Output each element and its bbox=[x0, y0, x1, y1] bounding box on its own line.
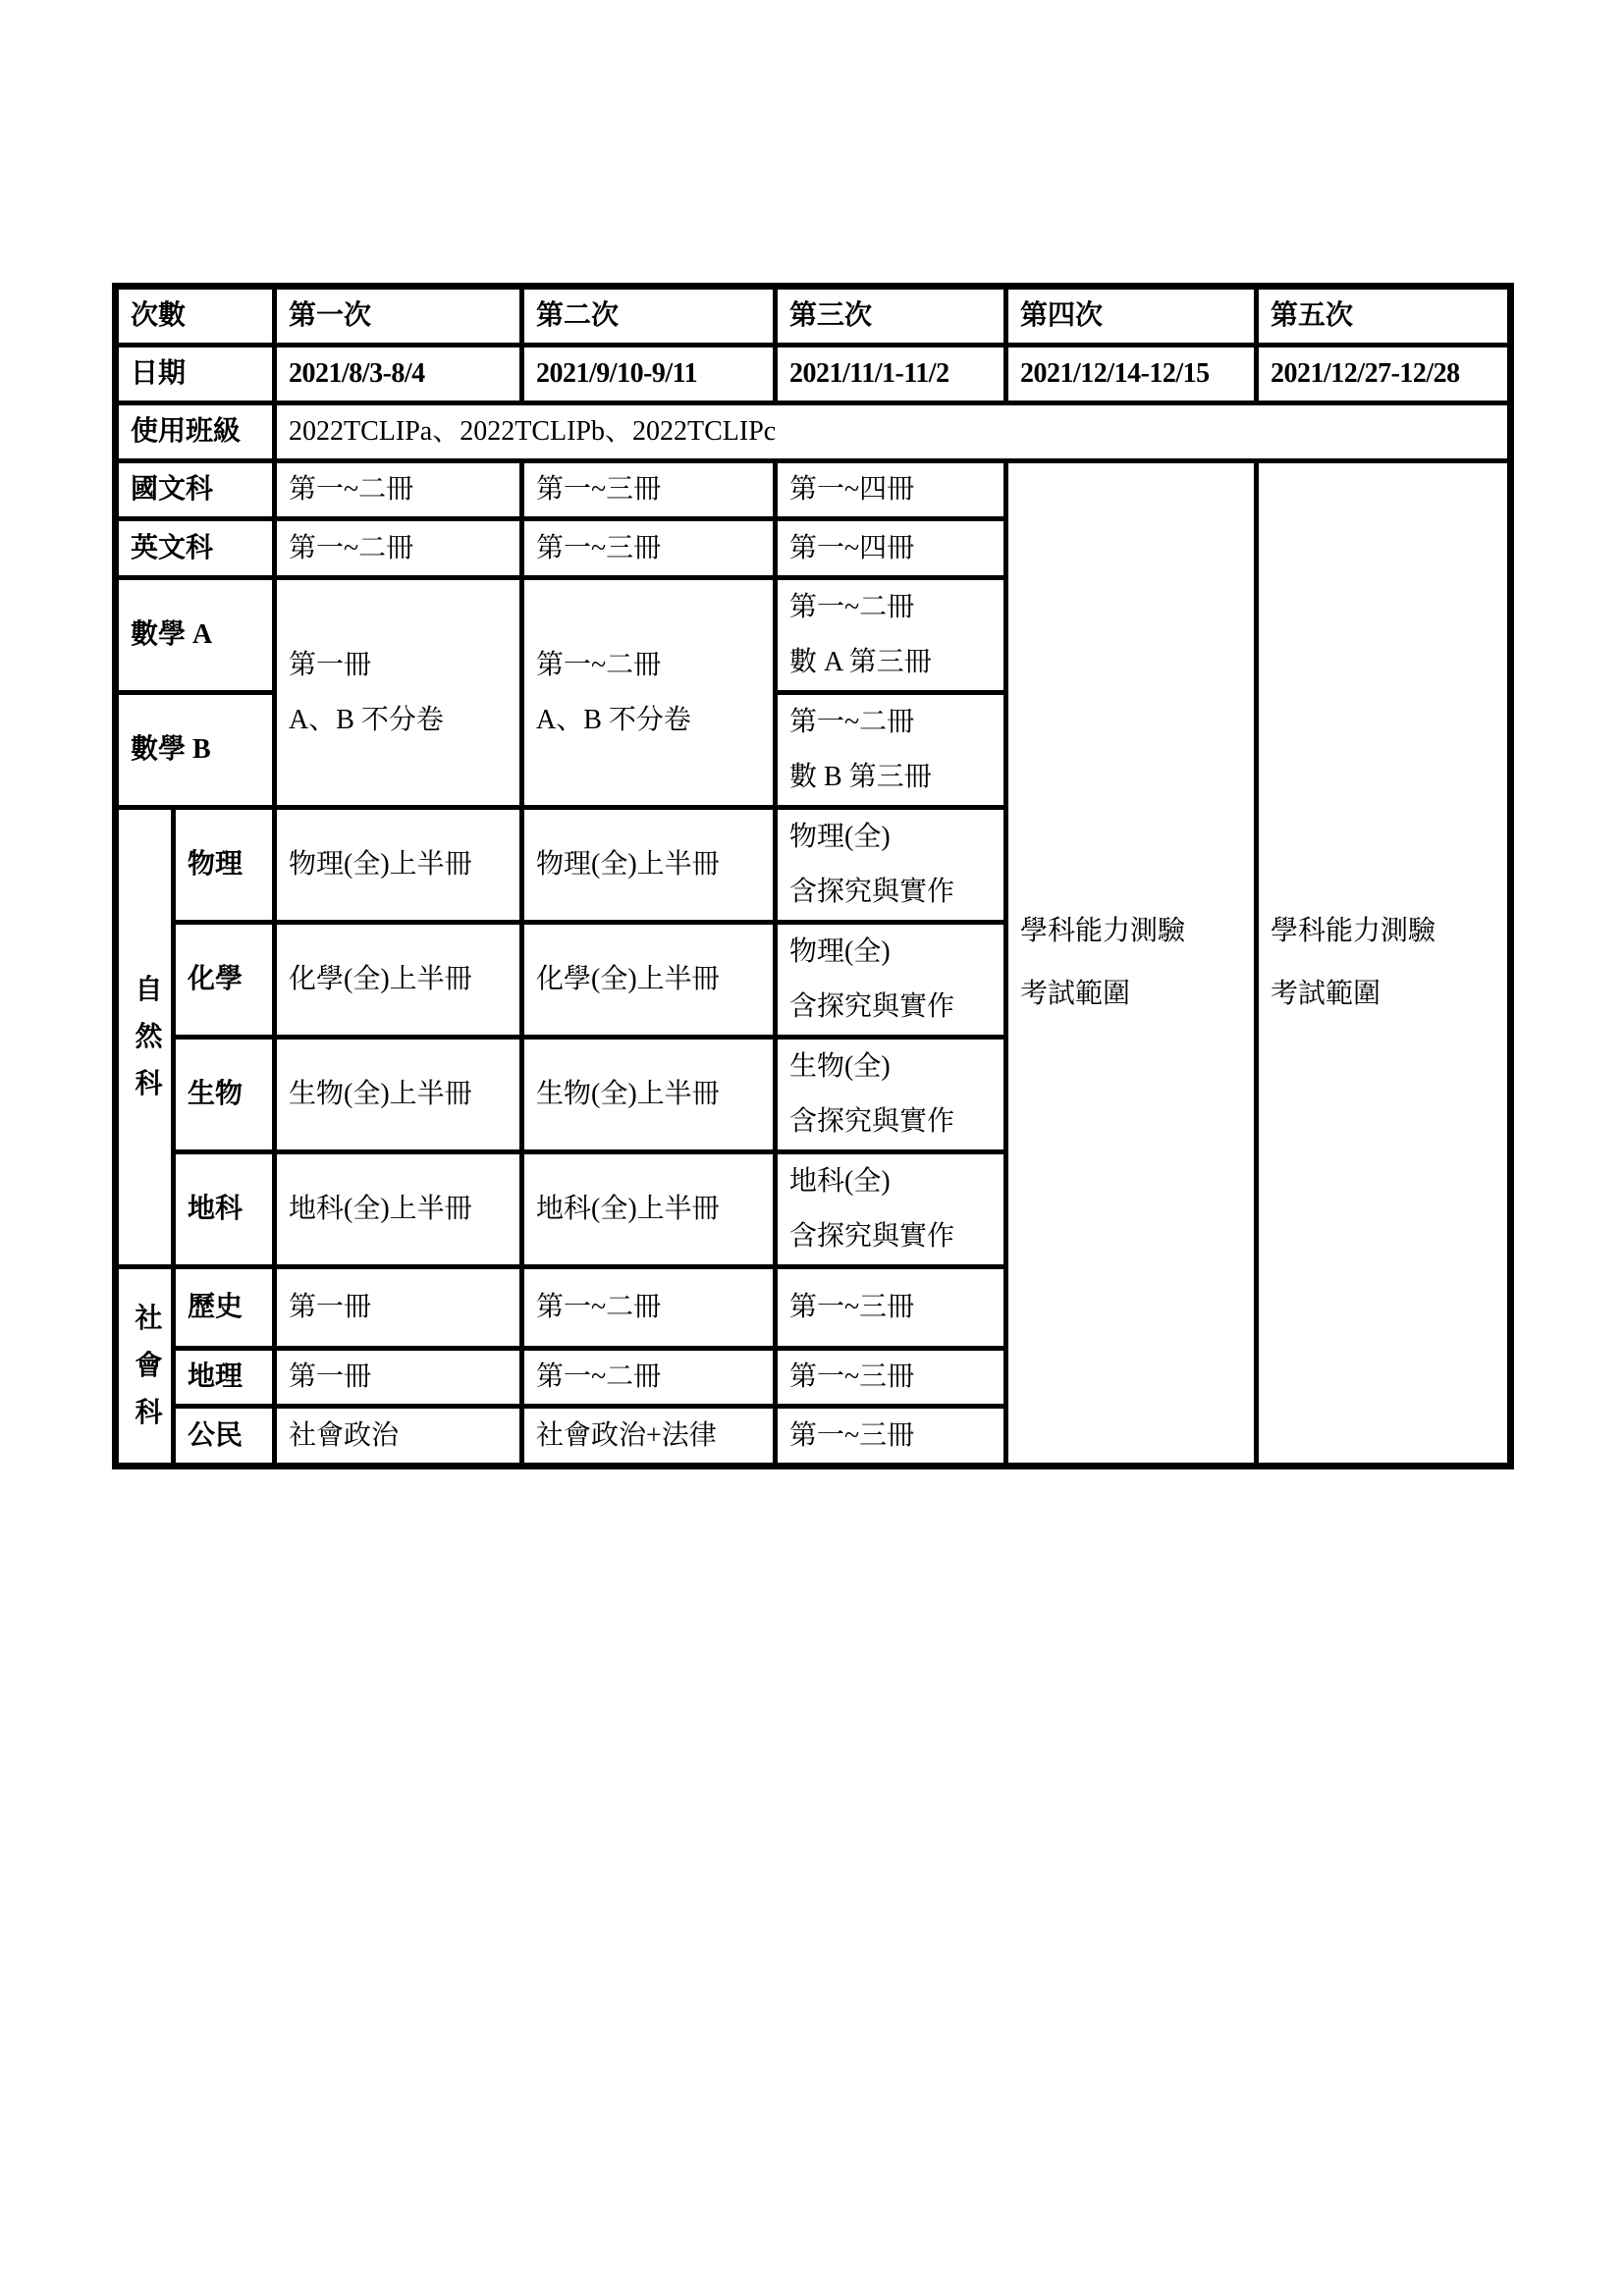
chinese-session-1: 第一~二冊 bbox=[275, 461, 522, 519]
math-a-session-3: 第一~二冊 數 A 第三冊 bbox=[776, 578, 1006, 693]
sat-note-line1: 學科能力測驗 bbox=[1271, 900, 1503, 963]
english-session-2: 第一~三冊 bbox=[522, 519, 776, 578]
session-1-header: 第一次 bbox=[275, 287, 522, 346]
math-b-s3-line1: 第一~二冊 bbox=[789, 695, 1000, 750]
classes-label: 使用班級 bbox=[116, 403, 275, 461]
chemistry-session-2: 化學(全)上半冊 bbox=[522, 923, 776, 1038]
exam-schedule-table: 次數 第一次 第二次 第三次 第四次 第五次 日期 2021/8/3-8/4 2… bbox=[112, 283, 1514, 1469]
corner-label: 次數 bbox=[116, 287, 275, 346]
science-vertical-label: 自 然 科 bbox=[131, 976, 167, 1099]
date-session-5: 2021/12/27-12/28 bbox=[1257, 346, 1511, 403]
earth-science-label: 地科 bbox=[174, 1152, 275, 1267]
history-label: 歷史 bbox=[174, 1267, 275, 1349]
social-char-2: 會 bbox=[135, 1352, 162, 1381]
chemistry-s3-line1: 物理(全) bbox=[789, 925, 1000, 980]
civics-session-3: 第一~三冊 bbox=[776, 1407, 1006, 1467]
physics-s3-line2: 含探究與實作 bbox=[789, 865, 1000, 920]
geography-session-1: 第一冊 bbox=[275, 1349, 522, 1407]
social-char-3: 科 bbox=[135, 1399, 162, 1428]
math-a-s3-line1: 第一~二冊 bbox=[789, 580, 1000, 635]
biology-session-3: 生物(全) 含探究與實作 bbox=[776, 1038, 1006, 1152]
date-label: 日期 bbox=[116, 346, 275, 403]
date-session-2: 2021/9/10-9/11 bbox=[522, 346, 776, 403]
biology-session-1: 生物(全)上半冊 bbox=[275, 1038, 522, 1152]
civics-session-1: 社會政治 bbox=[275, 1407, 522, 1467]
session-2-header: 第二次 bbox=[522, 287, 776, 346]
math-a-s3-line2: 數 A 第三冊 bbox=[789, 635, 1000, 690]
classes-row: 使用班級 2022TCLIPa、2022TCLIPb、2022TCLIPc bbox=[116, 403, 1511, 461]
history-session-2: 第一~二冊 bbox=[522, 1267, 776, 1349]
biology-label: 生物 bbox=[174, 1038, 275, 1152]
classes-value: 2022TCLIPa、2022TCLIPb、2022TCLIPc bbox=[275, 403, 1511, 461]
earth-science-session-3: 地科(全) 含探究與實作 bbox=[776, 1152, 1006, 1267]
session-3-header: 第三次 bbox=[776, 287, 1006, 346]
geography-session-2: 第一~二冊 bbox=[522, 1349, 776, 1407]
math-b-session-3: 第一~二冊 數 B 第三冊 bbox=[776, 693, 1006, 808]
sat-note-line2: 考試範圍 bbox=[1271, 963, 1503, 1026]
date-session-4: 2021/12/14-12/15 bbox=[1006, 346, 1257, 403]
english-session-3: 第一~四冊 bbox=[776, 519, 1006, 578]
english-label: 英文科 bbox=[116, 519, 275, 578]
header-row: 次數 第一次 第二次 第三次 第四次 第五次 bbox=[116, 287, 1511, 346]
history-session-1: 第一冊 bbox=[275, 1267, 522, 1349]
biology-s3-line2: 含探究與實作 bbox=[789, 1095, 1000, 1149]
math-s2-line1: 第一~二冊 bbox=[536, 638, 769, 693]
math-b-s3-line2: 數 B 第三冊 bbox=[789, 750, 1000, 805]
geography-session-3: 第一~三冊 bbox=[776, 1349, 1006, 1407]
chinese-row: 國文科 第一~二冊 第一~三冊 第一~四冊 學科能力測驗 考試範圍 學科能力測驗… bbox=[116, 461, 1511, 519]
earth-science-session-1: 地科(全)上半冊 bbox=[275, 1152, 522, 1267]
date-session-1: 2021/8/3-8/4 bbox=[275, 346, 522, 403]
chinese-label: 國文科 bbox=[116, 461, 275, 519]
science-char-2: 然 bbox=[135, 1023, 162, 1052]
chinese-session-2: 第一~三冊 bbox=[522, 461, 776, 519]
math-s2-line2: A、B 不分卷 bbox=[536, 693, 769, 748]
english-session-1: 第一~二冊 bbox=[275, 519, 522, 578]
chemistry-session-1: 化學(全)上半冊 bbox=[275, 923, 522, 1038]
math-session-2: 第一~二冊 A、B 不分卷 bbox=[522, 578, 776, 808]
physics-session-1: 物理(全)上半冊 bbox=[275, 808, 522, 923]
session-5-header: 第五次 bbox=[1257, 287, 1511, 346]
math-a-label: 數學 A bbox=[116, 578, 275, 693]
date-row: 日期 2021/8/3-8/4 2021/9/10-9/11 2021/11/1… bbox=[116, 346, 1511, 403]
history-session-3: 第一~三冊 bbox=[776, 1267, 1006, 1349]
document-page: 次數 第一次 第二次 第三次 第四次 第五次 日期 2021/8/3-8/4 2… bbox=[0, 0, 1624, 2296]
social-group-label: 社 會 科 bbox=[116, 1267, 174, 1467]
math-b-label: 數學 B bbox=[116, 693, 275, 808]
earth-science-s3-line2: 含探究與實作 bbox=[789, 1209, 1000, 1264]
science-group-label: 自 然 科 bbox=[116, 808, 174, 1267]
social-vertical-label: 社 會 科 bbox=[131, 1305, 167, 1428]
biology-session-2: 生物(全)上半冊 bbox=[522, 1038, 776, 1152]
session-4-sat-range-cell: 學科能力測驗 考試範圍 bbox=[1006, 461, 1257, 1467]
civics-session-2: 社會政治+法律 bbox=[522, 1407, 776, 1467]
civics-label: 公民 bbox=[174, 1407, 275, 1467]
geography-label: 地理 bbox=[174, 1349, 275, 1407]
chinese-session-3: 第一~四冊 bbox=[776, 461, 1006, 519]
physics-label: 物理 bbox=[174, 808, 275, 923]
science-char-1: 自 bbox=[135, 976, 162, 1005]
sat-note-line1: 學科能力測驗 bbox=[1020, 900, 1250, 963]
physics-s3-line1: 物理(全) bbox=[789, 810, 1000, 865]
chemistry-s3-line2: 含探究與實作 bbox=[789, 980, 1000, 1035]
physics-session-2: 物理(全)上半冊 bbox=[522, 808, 776, 923]
math-s1-line1: 第一冊 bbox=[289, 638, 515, 693]
biology-s3-line1: 生物(全) bbox=[789, 1040, 1000, 1095]
earth-science-session-2: 地科(全)上半冊 bbox=[522, 1152, 776, 1267]
session-4-header: 第四次 bbox=[1006, 287, 1257, 346]
session-5-sat-range-cell: 學科能力測驗 考試範圍 bbox=[1257, 461, 1511, 1467]
physics-session-3: 物理(全) 含探究與實作 bbox=[776, 808, 1006, 923]
chemistry-session-3: 物理(全) 含探究與實作 bbox=[776, 923, 1006, 1038]
date-session-3: 2021/11/1-11/2 bbox=[776, 346, 1006, 403]
sat-note-line2: 考試範圍 bbox=[1020, 963, 1250, 1026]
chemistry-label: 化學 bbox=[174, 923, 275, 1038]
math-s1-line2: A、B 不分卷 bbox=[289, 693, 515, 748]
social-char-1: 社 bbox=[135, 1305, 162, 1334]
math-session-1: 第一冊 A、B 不分卷 bbox=[275, 578, 522, 808]
science-char-3: 科 bbox=[135, 1070, 162, 1099]
earth-science-s3-line1: 地科(全) bbox=[789, 1154, 1000, 1209]
